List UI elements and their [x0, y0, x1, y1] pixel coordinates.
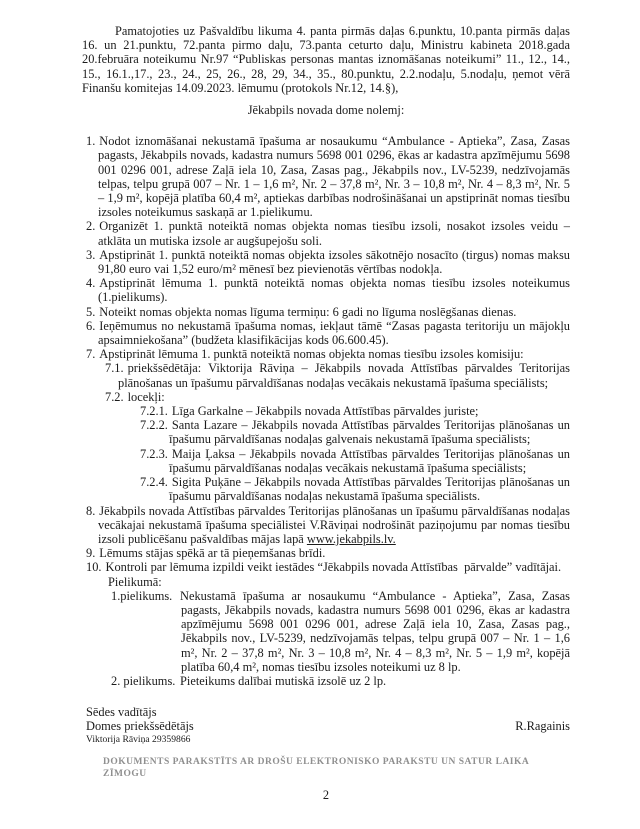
council-chair-title: Domes priekšsēdētājs	[86, 719, 194, 733]
decision-item-7-2: 7.2.locekļi:	[105, 390, 570, 404]
decision-item-7-1: 7.1.priekšsēdētāja: Viktorija Rāviņa – J…	[105, 361, 570, 389]
item-text: locekļi:	[128, 390, 165, 404]
commission-member-7-2-3: 7.2.3.Maija Ļaksa – Jēkabpils novada Att…	[140, 447, 570, 475]
item-text: Santa Lazare – Jēkabpils novada Attīstīb…	[169, 418, 570, 446]
decision-heading: Jēkabpils novada dome nolemj:	[82, 103, 570, 117]
item-text: Apstiprināt 1. punktā noteiktā nomas obj…	[98, 248, 570, 276]
item-text: Ieņēmumus no nekustamā īpašuma nomas, ie…	[98, 319, 570, 347]
item-number: 1.	[86, 134, 95, 148]
commission-member-7-2-1: 7.2.1.Līga Garkalne – Jēkabpils novada A…	[140, 404, 570, 418]
decision-item-5: 5.Noteikt nomas objekta nomas līguma ter…	[86, 305, 570, 319]
item-number: 7.2.3.	[140, 447, 168, 461]
item-number: 10.	[86, 560, 102, 574]
document-content: Pamatojoties uz Pašvaldību likuma 4. pan…	[0, 0, 640, 802]
decision-item-10: 10.Kontroli par lēmuma izpildi veikt ies…	[86, 560, 570, 574]
item-number: 7.2.1.	[140, 404, 168, 418]
signer-name: R.Ragainis	[515, 719, 570, 733]
attachment-text: Nekustamā īpašuma ar nosaukumu “Ambulanc…	[180, 589, 570, 674]
decision-item-8: 8.Jēkabpils novada Attīstības pārvaldes …	[86, 504, 570, 547]
decision-item-6: 6.Ieņēmumus no nekustamā īpašuma nomas, …	[86, 319, 570, 347]
item-text: priekšsēdētāja: Viktorija Rāviņa – Jēkab…	[118, 361, 570, 389]
decision-item-3: 3.Apstiprināt 1. punktā noteiktā nomas o…	[86, 248, 570, 276]
item-text: Līga Garkalne – Jēkabpils novada Attīstī…	[172, 404, 479, 418]
jekabpils-website-link[interactable]: www.jekabpils.lv.	[307, 532, 396, 546]
item-number: 8.	[86, 504, 95, 518]
item-text: Sigita Puķāne – Jēkabpils novada Attīstī…	[169, 475, 570, 503]
decision-item-2: 2.Organizēt 1. punktā noteiktā nomas obj…	[86, 219, 570, 247]
decision-item-1: 1.Nodot iznomāšanai nekustamā īpašuma ar…	[86, 134, 570, 219]
item-number: 7.2.2.	[140, 418, 168, 432]
item-number: 5.	[86, 305, 95, 319]
signature-block: Sēdes vadītājs Domes priekšsēdētājs R.Ra…	[82, 705, 570, 802]
meeting-chair-title: Sēdes vadītājs	[86, 705, 570, 719]
item-number: 9.	[86, 546, 95, 560]
legal-basis-paragraph: Pamatojoties uz Pašvaldību likuma 4. pan…	[82, 24, 570, 95]
item-text: Apstiprināt lēmuma 1. punktā noteiktā no…	[98, 276, 570, 304]
item-text: Lēmums stājas spēkā ar tā pieņemšanas br…	[99, 546, 325, 560]
item-number: 3.	[86, 248, 95, 262]
attachment-1: 1.pielikums.Nekustamā īpašuma ar nosauku…	[111, 589, 570, 674]
item-number: 6.	[86, 319, 95, 333]
signature-row: Domes priekšsēdētājs R.Ragainis	[86, 719, 570, 733]
item-number: 7.2.	[105, 390, 124, 404]
attachment-label: 1.pielikums.	[111, 589, 176, 603]
decision-item-9: 9.Lēmums stājas spēkā ar tā pieņemšanas …	[86, 546, 570, 560]
item-number: 7.	[86, 347, 95, 361]
item-text: Organizēt 1. punktā noteiktā nomas objek…	[98, 219, 570, 247]
item-number: 7.2.4.	[140, 475, 168, 489]
decision-list: 1.Nodot iznomāšanai nekustamā īpašuma ar…	[82, 134, 570, 688]
item-number: 7.1.	[105, 361, 124, 375]
decision-item-7: 7.Apstiprināt lēmuma 1. punktā noteiktā …	[86, 347, 570, 361]
commission-member-7-2-2: 7.2.2.Santa Lazare – Jēkabpils novada At…	[140, 418, 570, 446]
commission-member-7-2-4: 7.2.4.Sigita Puķāne – Jēkabpils novada A…	[140, 475, 570, 503]
item-number: 4.	[86, 276, 95, 290]
attachment-2: 2. pielikums.Pieteikums dalībai mutiskā …	[111, 674, 570, 688]
item-text: Nodot iznomāšanai nekustamā īpašuma ar n…	[98, 134, 570, 219]
item-text: Apstiprināt lēmuma 1. punktā noteiktā no…	[99, 347, 523, 361]
contact-person: Viktorija Rāviņa 29359866	[86, 734, 570, 747]
item-number: 2.	[86, 219, 95, 233]
attachments-heading: Pielikumā:	[108, 575, 570, 589]
item-text: Maija Ļaksa – Jēkabpils novada Attīstība…	[169, 447, 570, 475]
document-page: Pamatojoties uz Pašvaldību likuma 4. pan…	[0, 0, 640, 829]
item-text: Kontroli par lēmuma izpildi veikt iestād…	[106, 560, 562, 574]
attachment-text: Pieteikums dalībai mutiskā izsolē uz 2 l…	[180, 674, 386, 688]
page-number: 2	[82, 788, 570, 802]
item-text: Noteikt nomas objekta nomas līguma termi…	[99, 305, 516, 319]
esignature-notice: DOKUMENTS PARAKSTĪTS AR DROŠU ELEKTRONIS…	[103, 756, 570, 780]
attachment-label: 2. pielikums.	[111, 674, 176, 688]
decision-item-4: 4.Apstiprināt lēmuma 1. punktā noteiktā …	[86, 276, 570, 304]
